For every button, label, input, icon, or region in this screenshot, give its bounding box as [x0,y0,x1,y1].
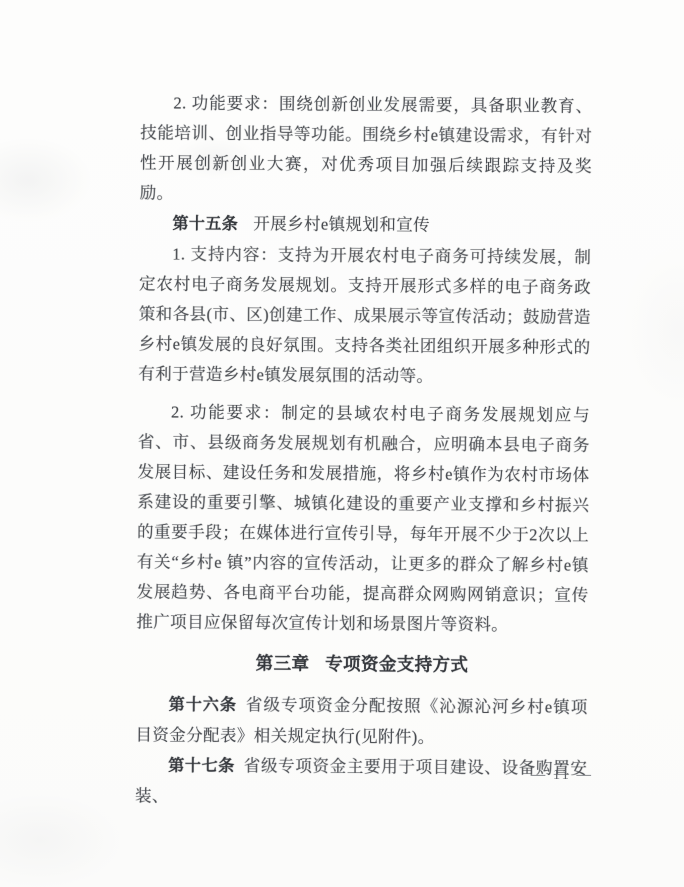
article-15-label: 第十五条 [172,215,238,233]
paragraph-article-17: 第十七条省级专项资金主要用于项目建设、设备购置安装、 [135,750,587,815]
paragraph-article-16: 第十六条省级专项资金分配按照《沁源沁河乡村e镇项目资金分配表》相关规定执行(见附… [135,689,587,754]
page-number: — 11 — [531,767,593,784]
paragraph-support-content: 1. 支持内容：支持为开展农村电子商务可持续发展，制定农村电子商务发展规划。支持… [138,239,591,393]
chapter-3-heading: 第三章专项资金支持方式 [136,647,588,681]
paragraph-function-requirements-plan: 2. 功能要求：制定的县域农村电子商务发展规划应与省、市、县级商务发展规划有机融… [136,397,590,641]
article-17-label: 第十七条 [168,757,235,775]
chapter-3-label: 第三章 [256,653,310,673]
article-15-heading: 第十五条开展乡村e镇规划和宣传 [139,208,591,243]
chapter-3-title: 专项资金支持方式 [325,654,468,675]
paragraph-function-requirements-skills: 2. 功能要求：围绕创新创业发展需要，具备职业教育、技能培训、创业指导等功能。围… [140,88,593,212]
article-16-label: 第十六条 [169,696,237,714]
scanned-document-page: 2. 功能要求：围绕创新创业发展需要，具备职业教育、技能培训、创业指导等功能。围… [0,0,684,887]
document-body: 2. 功能要求：围绕创新创业发展需要，具备职业教育、技能培训、创业指导等功能。围… [135,88,593,815]
article-15-title: 开展乡村e镇规划和宣传 [253,214,430,234]
